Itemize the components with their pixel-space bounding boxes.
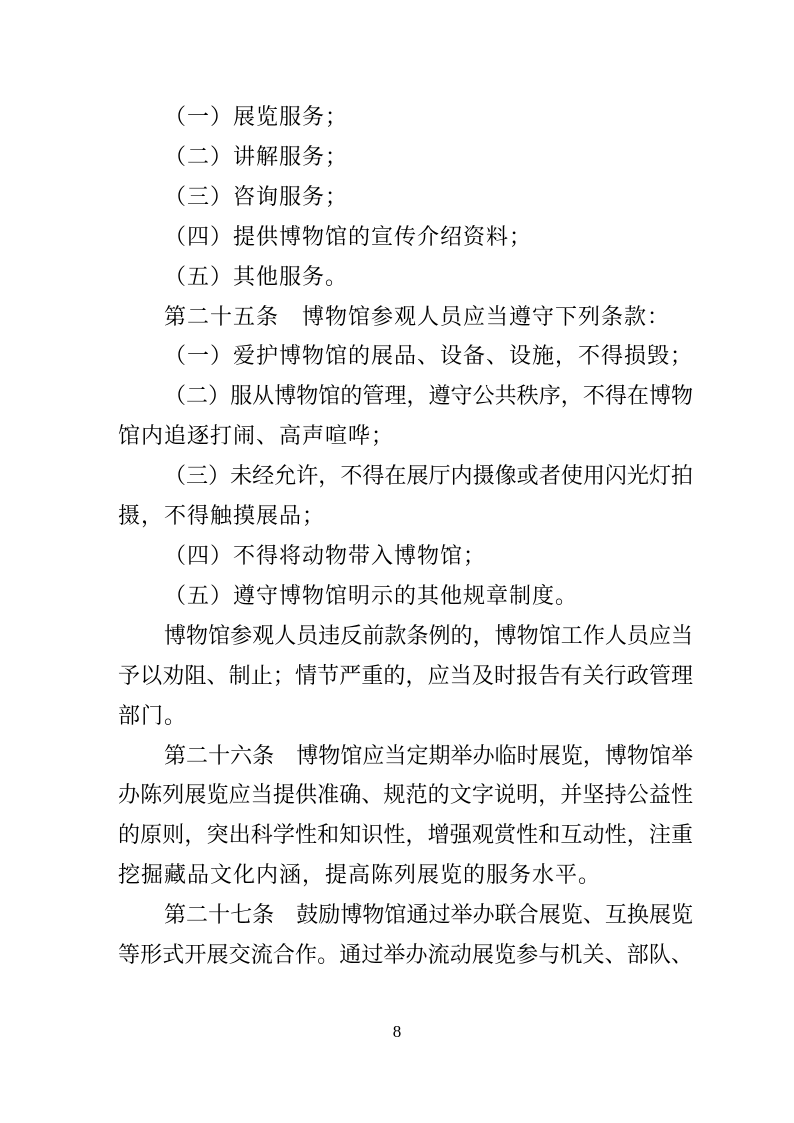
text-line: （二）讲解服务；	[118, 137, 693, 177]
text-line: （五）其他服务。	[118, 257, 693, 297]
paragraph: （三）咨询服务；	[118, 177, 693, 217]
text-line: （三）咨询服务；	[118, 177, 693, 217]
paragraph: （五）其他服务。	[118, 257, 693, 297]
paragraph: 第二十七条 鼓励博物馆通过举办联合展览、互换展览等形式开展交流合作。通过举办流动…	[118, 895, 693, 975]
text-line: 第二十七条 鼓励博物馆通过举办联合展览、互换展览	[118, 895, 693, 935]
paragraph: （四）提供博物馆的宣传介绍资料；	[118, 217, 693, 257]
text-line: （三）未经允许，不得在展厅内摄像或者使用闪光灯拍	[118, 456, 693, 496]
page-number: 8	[0, 1021, 794, 1043]
paragraph: （二）服从博物馆的管理，遵守公共秩序，不得在博物馆内追逐打闹、高声喧哗；	[118, 376, 693, 456]
text-line: （四）提供博物馆的宣传介绍资料；	[118, 217, 693, 257]
text-line: 部门。	[118, 696, 693, 736]
paragraph: （一）爱护博物馆的展品、设备、设施，不得损毁；	[118, 336, 693, 376]
paragraph: 第二十五条 博物馆参观人员应当遵守下列条款：	[118, 297, 693, 337]
text-line: （五）遵守博物馆明示的其他规章制度。	[118, 576, 693, 616]
text-line: 挖掘藏品文化内涵，提高陈列展览的服务水平。	[118, 855, 693, 895]
document-body: （一）展览服务；（二）讲解服务；（三）咨询服务；（四）提供博物馆的宣传介绍资料；…	[118, 97, 693, 975]
paragraph: （五）遵守博物馆明示的其他规章制度。	[118, 576, 693, 616]
text-line: 第二十五条 博物馆参观人员应当遵守下列条款：	[118, 297, 693, 337]
text-line: 博物馆参观人员违反前款条例的，博物馆工作人员应当	[118, 616, 693, 656]
text-line: 予以劝阻、制止；情节严重的，应当及时报告有关行政管理	[118, 656, 693, 696]
paragraph: （二）讲解服务；	[118, 137, 693, 177]
paragraph: 博物馆参观人员违反前款条例的，博物馆工作人员应当予以劝阻、制止；情节严重的，应当…	[118, 616, 693, 736]
text-line: （四）不得将动物带入博物馆；	[118, 536, 693, 576]
text-line: 的原则，突出科学性和知识性，增强观赏性和互动性，注重	[118, 815, 693, 855]
text-line: （一）爱护博物馆的展品、设备、设施，不得损毁；	[118, 336, 693, 376]
paragraph: （四）不得将动物带入博物馆；	[118, 536, 693, 576]
text-line: 馆内追逐打闹、高声喧哗；	[118, 416, 693, 456]
paragraph: 第二十六条 博物馆应当定期举办临时展览，博物馆举办陈列展览应当提供准确、规范的文…	[118, 736, 693, 896]
paragraph: （一）展览服务；	[118, 97, 693, 137]
text-line: 等形式开展交流合作。通过举办流动展览参与机关、部队、	[118, 935, 693, 975]
text-line: 办陈列展览应当提供准确、规范的文字说明，并坚持公益性	[118, 775, 693, 815]
paragraph: （三）未经允许，不得在展厅内摄像或者使用闪光灯拍摄，不得触摸展品；	[118, 456, 693, 536]
text-line: （二）服从博物馆的管理，遵守公共秩序，不得在博物	[118, 376, 693, 416]
document-page: （一）展览服务；（二）讲解服务；（三）咨询服务；（四）提供博物馆的宣传介绍资料；…	[0, 0, 794, 1123]
text-line: （一）展览服务；	[118, 97, 693, 137]
text-line: 第二十六条 博物馆应当定期举办临时展览，博物馆举	[118, 736, 693, 776]
text-line: 摄，不得触摸展品；	[118, 496, 693, 536]
